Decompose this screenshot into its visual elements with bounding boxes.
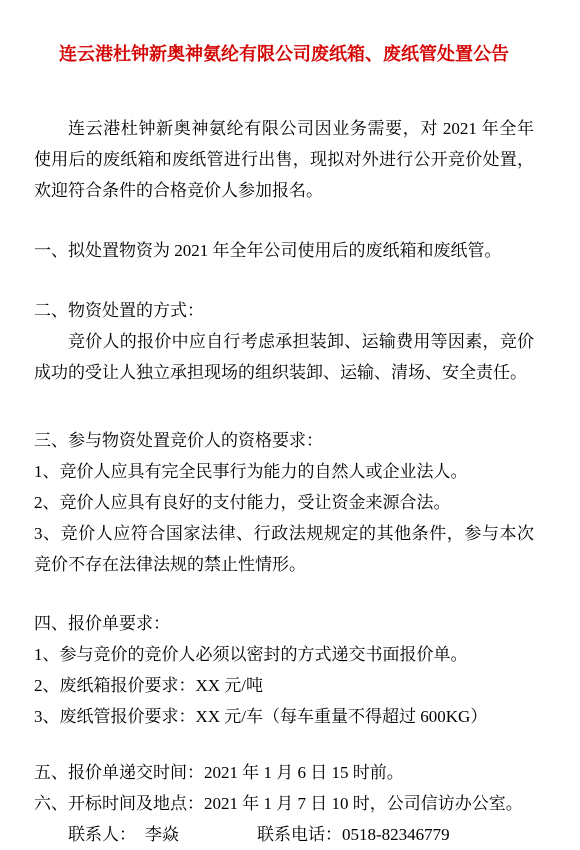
section-3-heading: 三、参与物资处置竞价人的资格要求： <box>34 425 534 456</box>
intro-paragraph: 连云港杜钟新奥神氨纶有限公司因业务需要，对 2021 年全年使用后的废纸箱和废纸… <box>34 113 534 206</box>
contact-phone-number: 0518-82346779 <box>342 825 450 844</box>
section-4-heading: 四、报价单要求： <box>34 608 534 639</box>
document-page: 连云港杜钟新奥神氨纶有限公司废纸箱、废纸管处置公告 连云港杜钟新奥神氨纶有限公司… <box>0 0 580 850</box>
page-title: 连云港杜钟新奥神氨纶有限公司废纸箱、废纸管处置公告 <box>34 40 534 68</box>
contact-person-label: 联系人： <box>68 825 136 844</box>
section-4-item: 2、废纸箱报价要求：XX 元/吨 <box>34 670 534 701</box>
contact-person-name: 李焱 <box>145 825 179 844</box>
contact-phone-label: 联系电话： <box>257 825 342 844</box>
section-2-heading: 二、物资处置的方式： <box>34 295 534 326</box>
section-3-item: 3、竞价人应符合国家法律、行政法规规定的其他条件，参与本次竞价不存在法律法规的禁… <box>34 518 534 580</box>
section-1-heading: 一、拟处置物资为 2021 年全年公司使用后的废纸箱和废纸管。 <box>34 235 534 266</box>
section-2-body: 竞价人的报价中应自行考虑承担装卸、运输费用等因素，竞价成功的受让人独立承担现场的… <box>34 326 534 388</box>
section-3-item: 2、竞价人应具有良好的支付能力，受让资金来源合法。 <box>34 487 534 518</box>
section-6-heading: 六、开标时间及地点：2021 年 1 月 7 日 10 时，公司信访办公室。 <box>34 788 534 819</box>
section-3-item: 1、竞价人应具有完全民事行为能力的自然人或企业法人。 <box>34 456 534 487</box>
section-4-item: 3、废纸管报价要求：XX 元/车（每车重量不得超过 600KG） <box>34 701 534 732</box>
section-4-item: 1、参与竞价的竞价人必须以密封的方式递交书面报价单。 <box>34 639 534 670</box>
section-5-heading: 五、报价单递交时间：2021 年 1 月 6 日 15 时前。 <box>34 757 534 788</box>
contact-line: 联系人：李焱联系电话：0518-82346779 <box>34 819 534 850</box>
